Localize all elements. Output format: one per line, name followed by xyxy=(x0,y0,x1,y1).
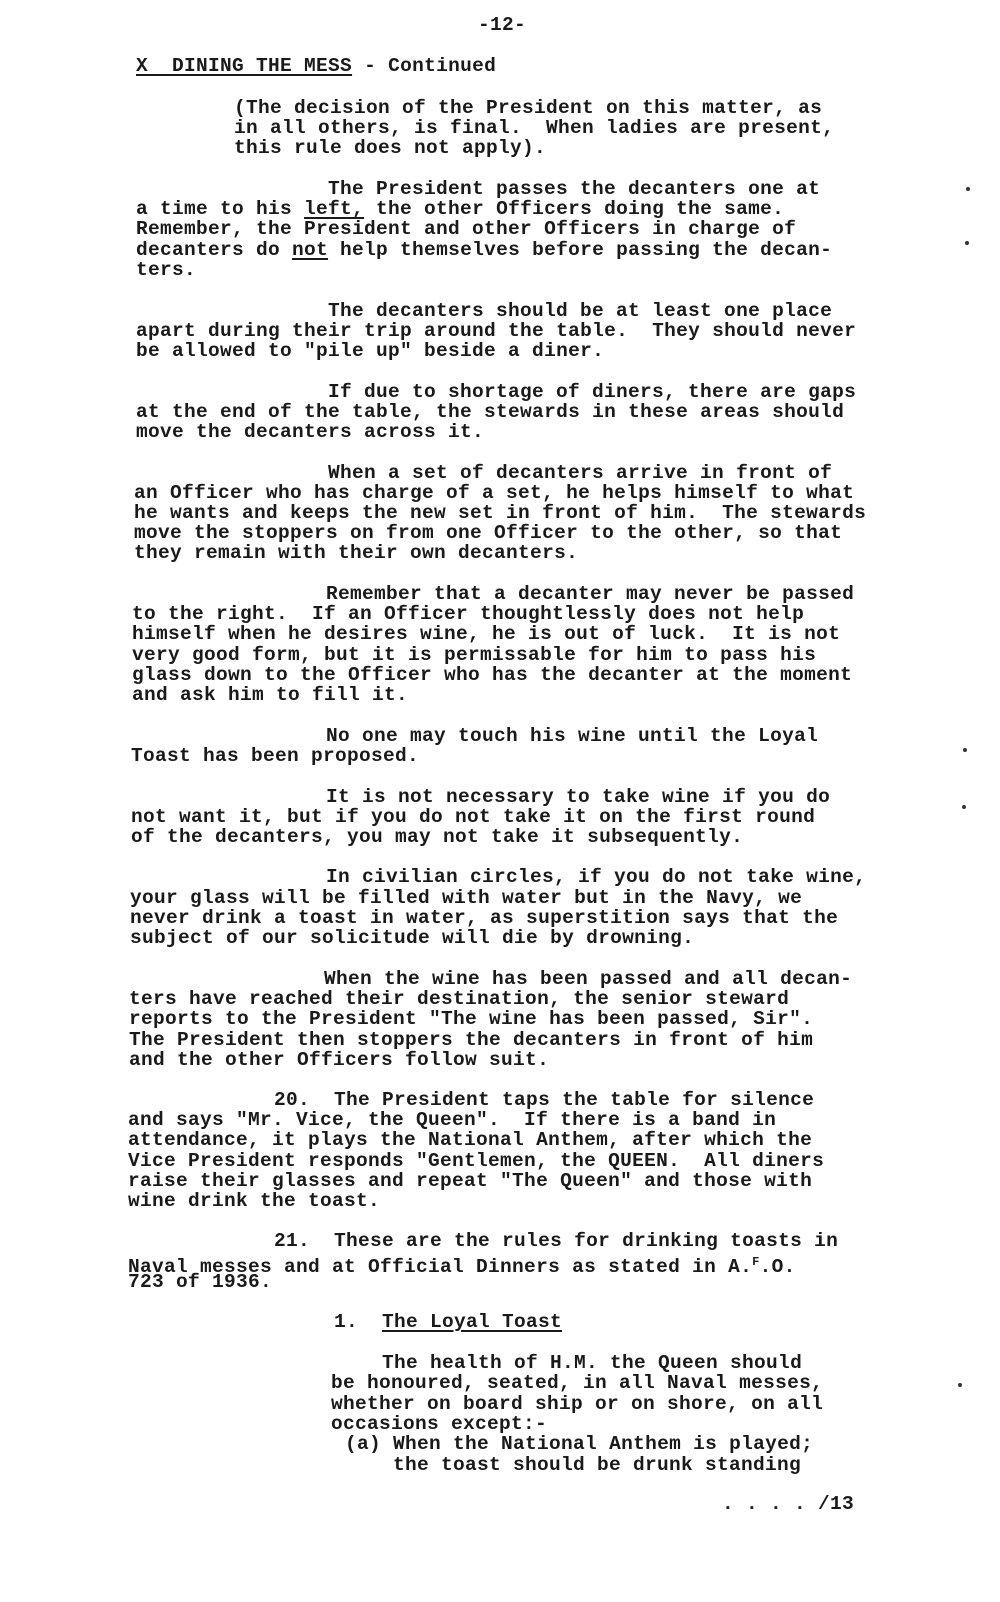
text-line: raise their glasses and repeat "The Quee… xyxy=(128,1171,812,1191)
emphasis-left: left, xyxy=(304,198,364,220)
section-number: X xyxy=(136,55,148,77)
text-line: 20. The President taps the table for sil… xyxy=(274,1090,814,1110)
text-line: No one may touch his wine until the Loya… xyxy=(326,726,818,746)
exception-item: (a) When the National Anthem is played; xyxy=(345,1434,813,1454)
text-line: of the decanters, you may not take it su… xyxy=(131,827,743,847)
scan-speck xyxy=(958,1383,962,1387)
text-line: and ask him to fill it. xyxy=(132,685,408,705)
text-line: When the wine has been passed and all de… xyxy=(324,969,852,989)
text-line: move the stoppers on from one Officer to… xyxy=(134,523,842,543)
text-line: they remain with their own decanters. xyxy=(134,543,578,563)
text-line: apart during their trip around the table… xyxy=(136,321,856,341)
text-line: whether on board ship or on shore, on al… xyxy=(331,1394,823,1414)
text-line: attendance, it plays the National Anthem… xyxy=(128,1130,812,1150)
text-line: ters have reached their destination, the… xyxy=(129,989,789,1009)
page-number: -12- xyxy=(478,14,526,36)
text-line: glass down to the Officer who has the de… xyxy=(132,665,852,685)
text-line: move the decanters across it. xyxy=(136,422,484,442)
text-line: and the other Officers follow suit. xyxy=(129,1050,549,1070)
text-line: 21. These are the rules for drinking toa… xyxy=(274,1231,838,1251)
text-line: If due to shortage of diners, there are … xyxy=(328,382,856,402)
text-line: never drink a toast in water, as superst… xyxy=(130,908,838,928)
text-line: When a set of decanters arrive in front … xyxy=(328,463,832,483)
section-title: DINING THE MESS xyxy=(172,55,352,77)
text-line: The health of H.M. the Queen should xyxy=(382,1353,802,1373)
text-line: reports to the President "The wine has b… xyxy=(129,1009,813,1029)
document-page: -12- X DINING THE MESS - Continued (The … xyxy=(0,0,1000,1602)
text-line: to the right. If an Officer thoughtlessl… xyxy=(132,604,804,624)
text-line: and says "Mr. Vice, the Queen". If there… xyxy=(128,1110,776,1130)
exception-label: (a) xyxy=(345,1433,381,1455)
emphasis-not: not xyxy=(292,239,328,261)
text-line: be allowed to "pile up" beside a diner. xyxy=(136,341,604,361)
scan-speck xyxy=(962,805,966,809)
scan-speck xyxy=(965,241,969,245)
text-line: Remember, the President and other Office… xyxy=(136,219,796,239)
paragraph-number: 20. xyxy=(274,1089,310,1111)
text-line: decanters do not help themselves before … xyxy=(136,240,832,260)
text-line: (The decision of the President on this m… xyxy=(234,98,822,118)
text-line: wine drink the toast. xyxy=(128,1191,380,1211)
text-line: The President then stoppers the decanter… xyxy=(129,1030,813,1050)
text-line: Toast has been proposed. xyxy=(131,746,419,766)
text-line: occasions except:- xyxy=(331,1414,547,1434)
text-line: he wants and keeps the new set in front … xyxy=(134,503,866,523)
section-heading: X DINING THE MESS - Continued xyxy=(136,56,496,76)
continuation-marker: . . . . /13 xyxy=(722,1494,854,1514)
text-line: the toast should be drunk standing xyxy=(393,1455,801,1475)
text-line: an Officer who has charge of a set, he h… xyxy=(134,483,854,503)
text-line: himself when he desires wine, he is out … xyxy=(132,624,840,644)
text-line: Vice President responds "Gentlemen, the … xyxy=(128,1151,824,1171)
text-line: 723 of 1936. xyxy=(128,1272,272,1292)
section-suffix: - Continued xyxy=(364,55,496,77)
text-line: in all others, is final. When ladies are… xyxy=(234,118,834,138)
scan-speck xyxy=(963,748,967,752)
text-line: at the end of the table, the stewards in… xyxy=(136,402,844,422)
text-line: In civilian circles, if you do not take … xyxy=(326,867,866,887)
text-line: It is not necessary to take wine if you … xyxy=(326,787,830,807)
paragraph-number: 21. xyxy=(274,1230,310,1252)
text-line: this rule does not apply). xyxy=(234,138,546,158)
text-line: very good form, but it is permissable fo… xyxy=(132,645,816,665)
text-line: a time to his left, the other Officers d… xyxy=(136,199,784,219)
text-line: not want it, but if you do not take it o… xyxy=(131,807,815,827)
scan-speck xyxy=(966,187,970,191)
text-line: Remember that a decanter may never be pa… xyxy=(326,584,854,604)
subsection-number: 1. xyxy=(334,1311,358,1333)
text-line: ters. xyxy=(136,260,196,280)
subsection-heading: 1. The Loyal Toast xyxy=(334,1312,562,1332)
text-line: subject of our solicitude will die by dr… xyxy=(130,928,694,948)
text-line: The President passes the decanters one a… xyxy=(328,179,820,199)
subsection-title: The Loyal Toast xyxy=(382,1311,562,1333)
text-line: be honoured, seated, in all Naval messes… xyxy=(331,1373,823,1393)
text-line: your glass will be filled with water but… xyxy=(130,888,802,908)
text-line: The decanters should be at least one pla… xyxy=(328,301,832,321)
